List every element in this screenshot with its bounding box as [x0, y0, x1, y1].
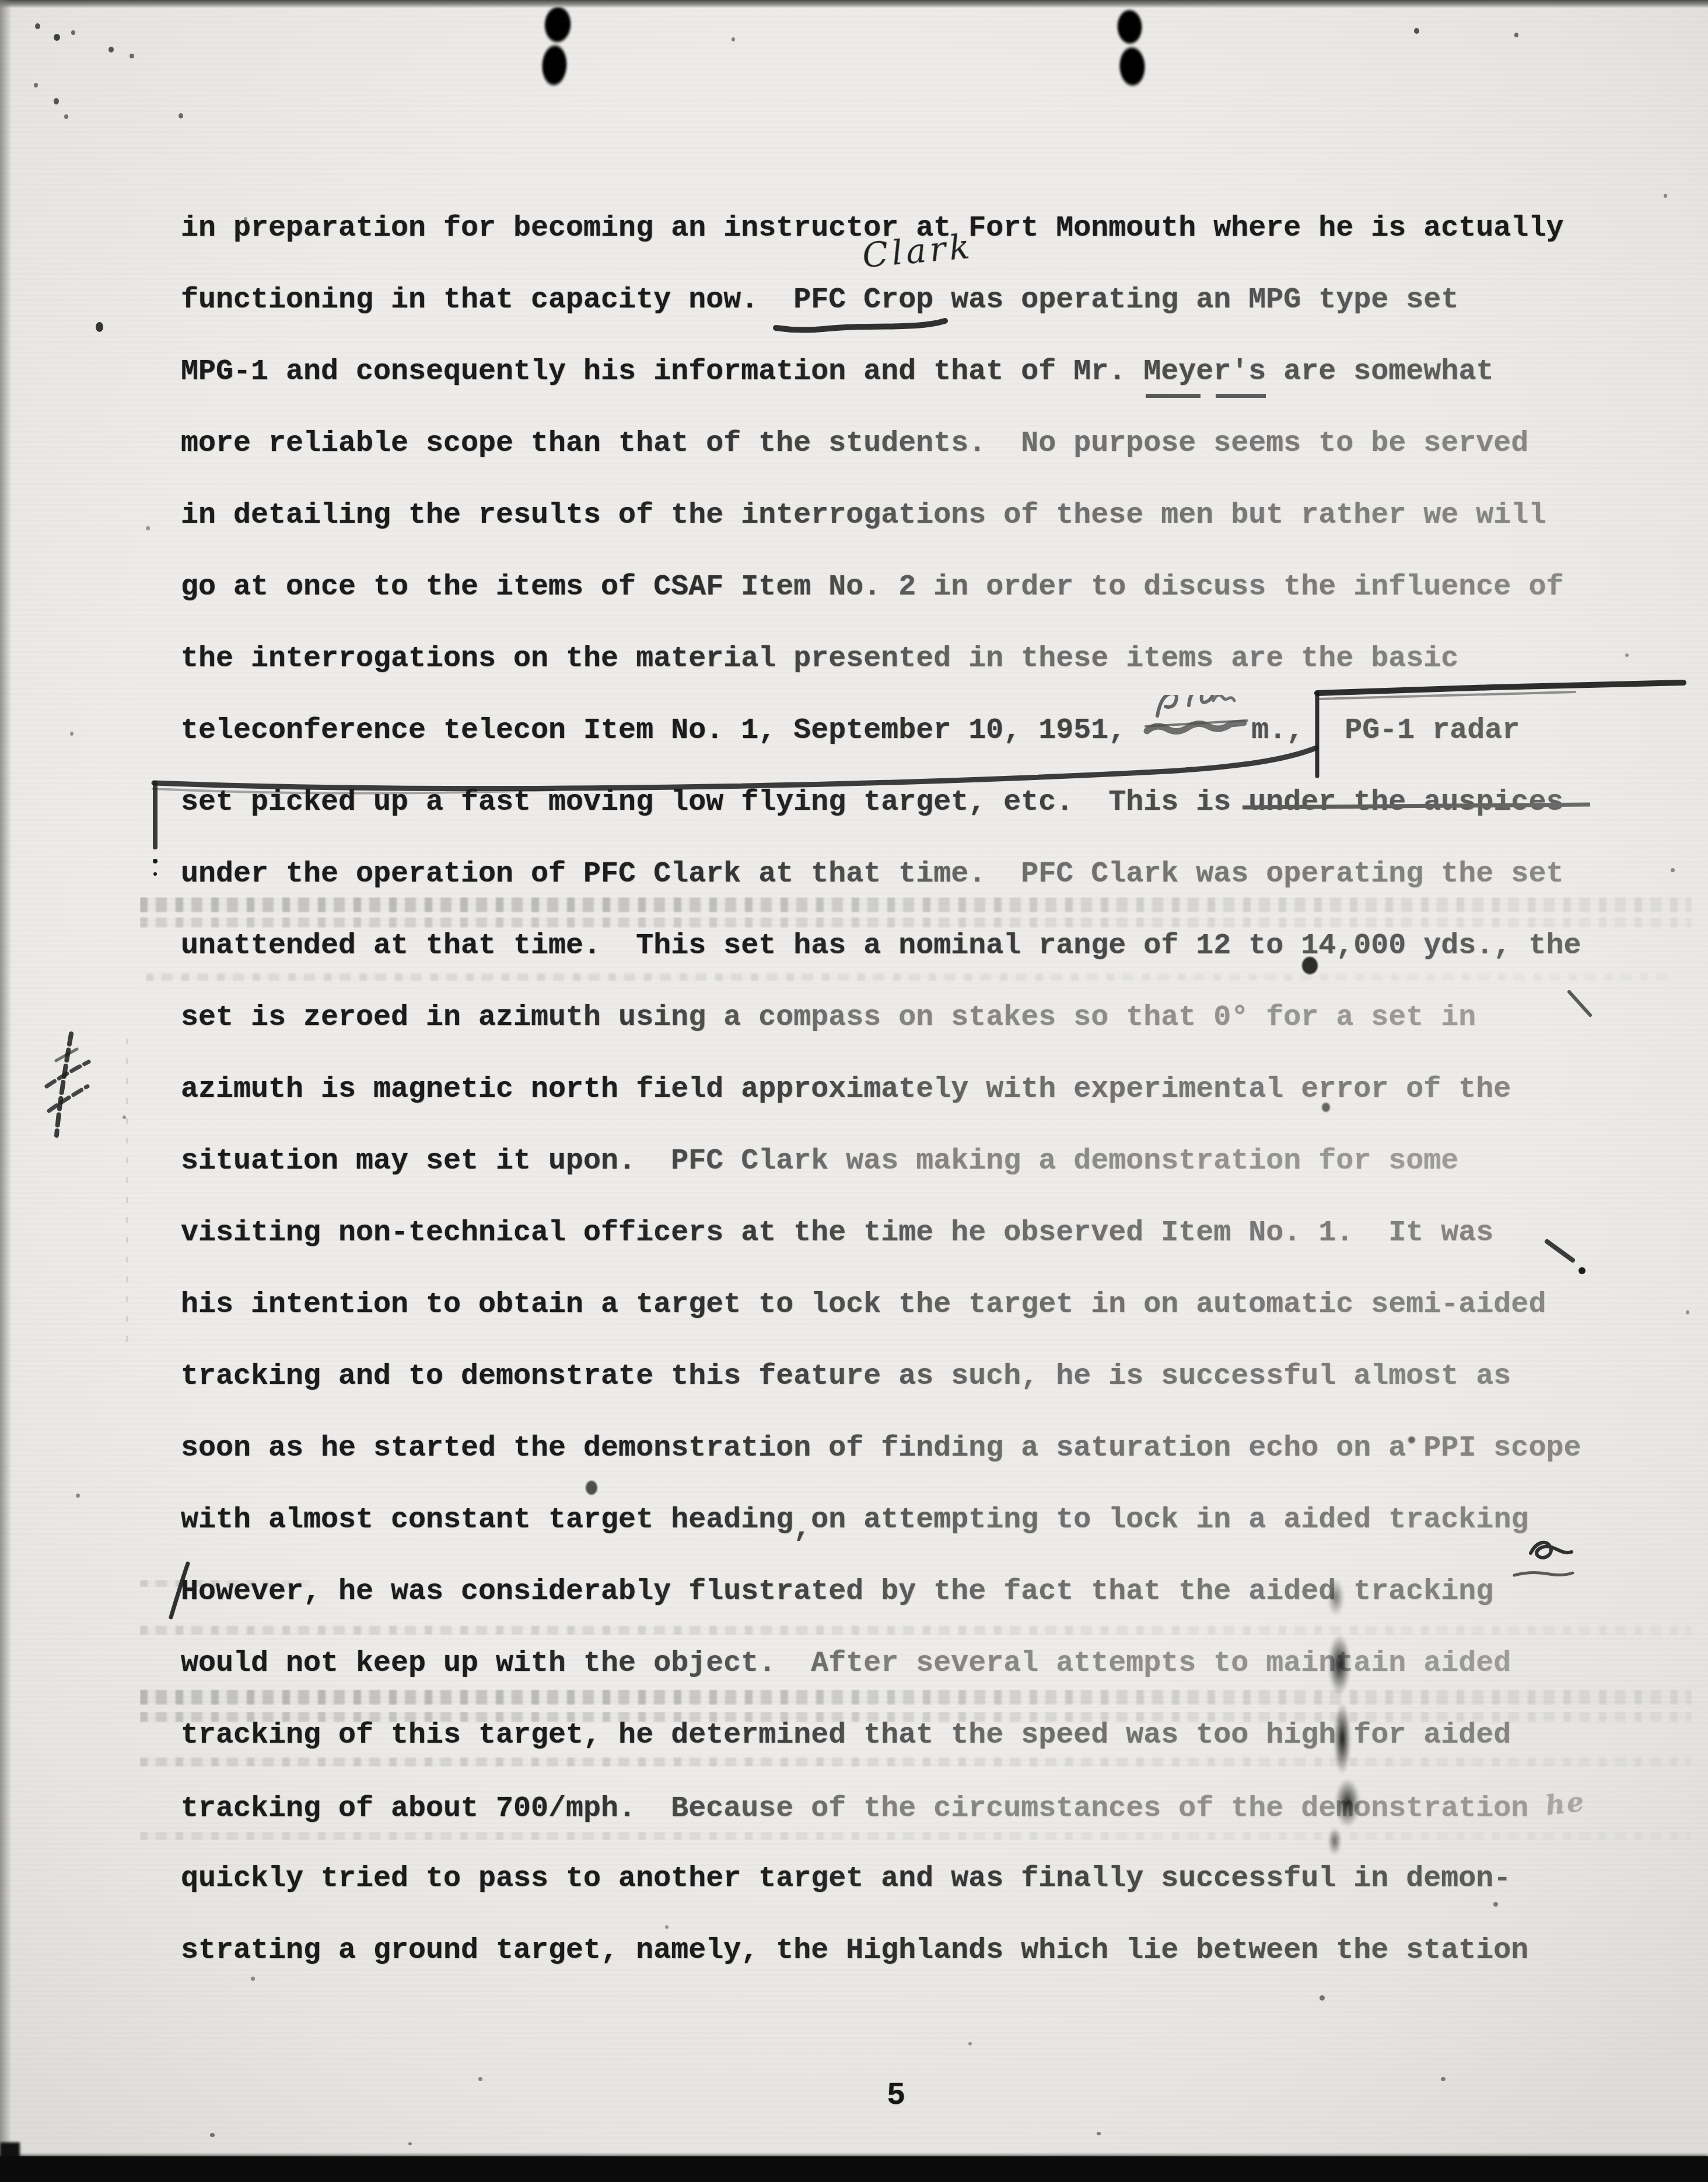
scan-speck	[1097, 2132, 1101, 2135]
text-segment: under the operation of PFC Clark at that…	[181, 858, 1563, 891]
text-line: would not keep up with the object. After…	[181, 1628, 1674, 1700]
scan-speck	[665, 1925, 668, 1929]
ink-blob	[1302, 957, 1318, 974]
scan-speck	[108, 47, 114, 53]
scan-speck	[178, 113, 183, 118]
text-segment: his intention to obtain a target to lock…	[181, 1288, 1546, 1321]
text-segment: visiting non-technical officers at the t…	[181, 1216, 1493, 1250]
underlined-name-text: Meyer's	[1143, 355, 1266, 398]
text-line: more reliable scope than that of the stu…	[181, 408, 1674, 480]
scan-speck	[210, 2133, 215, 2137]
text-segment: situation may set it upon. PFC Clark was…	[181, 1145, 1458, 1178]
scan-speck	[408, 2142, 412, 2145]
text-line: soon as he started the demonstration of …	[181, 1412, 1674, 1484]
text-line: tracking of about 700/mph. Because of th…	[181, 1771, 1674, 1843]
text-segment: m.,	[1251, 714, 1321, 747]
paper-crease	[126, 1038, 128, 1342]
ink-blob	[1408, 1436, 1415, 1443]
text-line: functioning in that capacity now. PFC Cr…	[181, 264, 1674, 336]
struck-text: under the auspices	[1248, 786, 1563, 819]
scan-top-edge	[0, 0, 1708, 8]
text-segment: tracking and to demonstrate this feature…	[181, 1360, 1511, 1393]
text-line: tracking of this target, he determined t…	[181, 1700, 1674, 1771]
text-line: MPG-1 and consequently his information a…	[181, 336, 1674, 408]
text-segment: teleconference telecon Item No. 1, Septe…	[181, 714, 1143, 747]
text-line: azimuth is magnetic north field approxim…	[181, 1054, 1674, 1125]
scan-left-edge	[0, 0, 12, 2182]
scan-speck	[34, 83, 38, 88]
text-line: the interrogations on the material prese…	[181, 623, 1674, 695]
margin-tally-mark	[57, 1034, 71, 1135]
scan-speck	[968, 2042, 972, 2045]
text-segment: more reliable scope than that of the stu…	[181, 427, 1528, 460]
scan-speck	[1625, 653, 1629, 657]
text-line: teleconference telecon Item No. 1, Septe…	[181, 695, 1674, 767]
scan-speck	[1514, 33, 1518, 37]
text-line: quickly tried to pass to another target …	[181, 1843, 1674, 1915]
scan-bottom-bar	[0, 2156, 1708, 2182]
margin-tally-mark	[47, 1062, 89, 1086]
scan-speck	[129, 54, 134, 58]
text-segment: strating a ground target, namely, the Hi…	[181, 1934, 1528, 1967]
scan-speck	[731, 37, 735, 41]
text-segment: with almost constant target heading	[181, 1503, 793, 1537]
text-segment: set is zeroed in azimuth using a compass…	[181, 1001, 1476, 1034]
corrected-name-text: Crop	[863, 284, 933, 317]
margin-bracket-dot	[153, 872, 157, 876]
text-segment: go at once to the items of CSAF Item No.…	[181, 571, 1563, 604]
scan-speck	[96, 322, 103, 332]
document-body: in preparation for becoming an instructo…	[181, 193, 1674, 1987]
scan-speck	[244, 217, 247, 221]
handwritten-he: he	[1541, 1765, 1590, 1841]
scan-speck	[123, 1116, 126, 1119]
text-segment: ,	[793, 1512, 811, 1545]
text-segment: set picked up a fast moving low flying t…	[181, 786, 1248, 819]
text-segment: soon as he started the demonstration of …	[181, 1432, 1581, 1465]
scan-speck	[64, 114, 68, 119]
scanned-document-page: in preparation for becoming an instructo…	[0, 0, 1708, 2182]
text-segment: azimuth is magnetic north field approxim…	[181, 1073, 1511, 1106]
scan-speck	[1671, 868, 1675, 872]
text-line: tracking and to demonstrate this feature…	[181, 1341, 1674, 1412]
text-line: strating a ground target, namely, the Hi…	[181, 1915, 1674, 1987]
text-line: However, he was considerably flustrated …	[181, 1556, 1674, 1628]
text-line: go at once to the items of CSAF Item No.…	[181, 551, 1674, 623]
margin-bracket-dot	[153, 859, 157, 863]
text-line: his intention to obtain a target to lock…	[181, 1269, 1674, 1341]
scan-speck	[54, 34, 60, 41]
ink-blob	[1322, 1103, 1330, 1112]
scan-speck	[1686, 1310, 1689, 1314]
scan-speck	[1319, 1995, 1325, 2001]
scan-speck	[1414, 28, 1419, 34]
scan-speck	[54, 98, 59, 104]
text-segment: the interrogations on the material prese…	[181, 642, 1458, 676]
scan-speck	[1664, 194, 1667, 198]
margin-tally-mark	[49, 1086, 87, 1111]
staple-mark	[1104, 5, 1156, 96]
text-segment: MPG-1 and consequently his information a…	[181, 355, 1143, 389]
scan-speck	[70, 732, 73, 736]
text-segment: However, he was considerably flustrated …	[181, 1575, 1493, 1608]
text-segment: was operating an MPG type set	[933, 284, 1458, 317]
scan-speck	[251, 1977, 255, 1981]
text-segment: functioning in that capacity now. PFC	[181, 284, 863, 317]
ink-blob	[586, 1481, 597, 1495]
staple-mark	[530, 1, 582, 95]
crossed-out-scribble	[1143, 707, 1251, 742]
text-line: set picked up a fast moving low flying t…	[181, 767, 1674, 838]
margin-tally-mark	[56, 1049, 77, 1061]
text-line: situation may set it upon. PFC Clark was…	[181, 1125, 1674, 1197]
scan-speck	[35, 23, 40, 29]
text-segment: in detailing the results of the interrog…	[181, 499, 1546, 532]
scan-speck	[478, 2077, 482, 2081]
text-segment: on attempting to lock in a aided trackin…	[811, 1503, 1528, 1537]
scan-speck	[1441, 2077, 1445, 2081]
text-line: unattended at that time. This set has a …	[181, 910, 1674, 982]
scan-speck	[71, 30, 75, 35]
page-number: 5	[887, 2078, 905, 2114]
scan-speck	[146, 526, 150, 530]
text-line: in detailing the results of the interrog…	[181, 480, 1674, 551]
scan-speck	[76, 1494, 80, 1498]
text-segment: unattended at that time. This set has a …	[181, 929, 1581, 963]
text-segment: PG-1 radar	[1345, 714, 1520, 747]
text-line: with almost constant target heading,on a…	[181, 1484, 1674, 1556]
ink-smear	[1305, 1568, 1393, 1872]
text-line: set is zeroed in azimuth using a compass…	[181, 982, 1674, 1054]
scan-speck	[1493, 1902, 1498, 1907]
text-line: visiting non-technical officers at the t…	[181, 1197, 1674, 1269]
text-segment: are somewhat	[1266, 355, 1493, 389]
text-line: under the operation of PFC Clark at that…	[181, 838, 1674, 910]
